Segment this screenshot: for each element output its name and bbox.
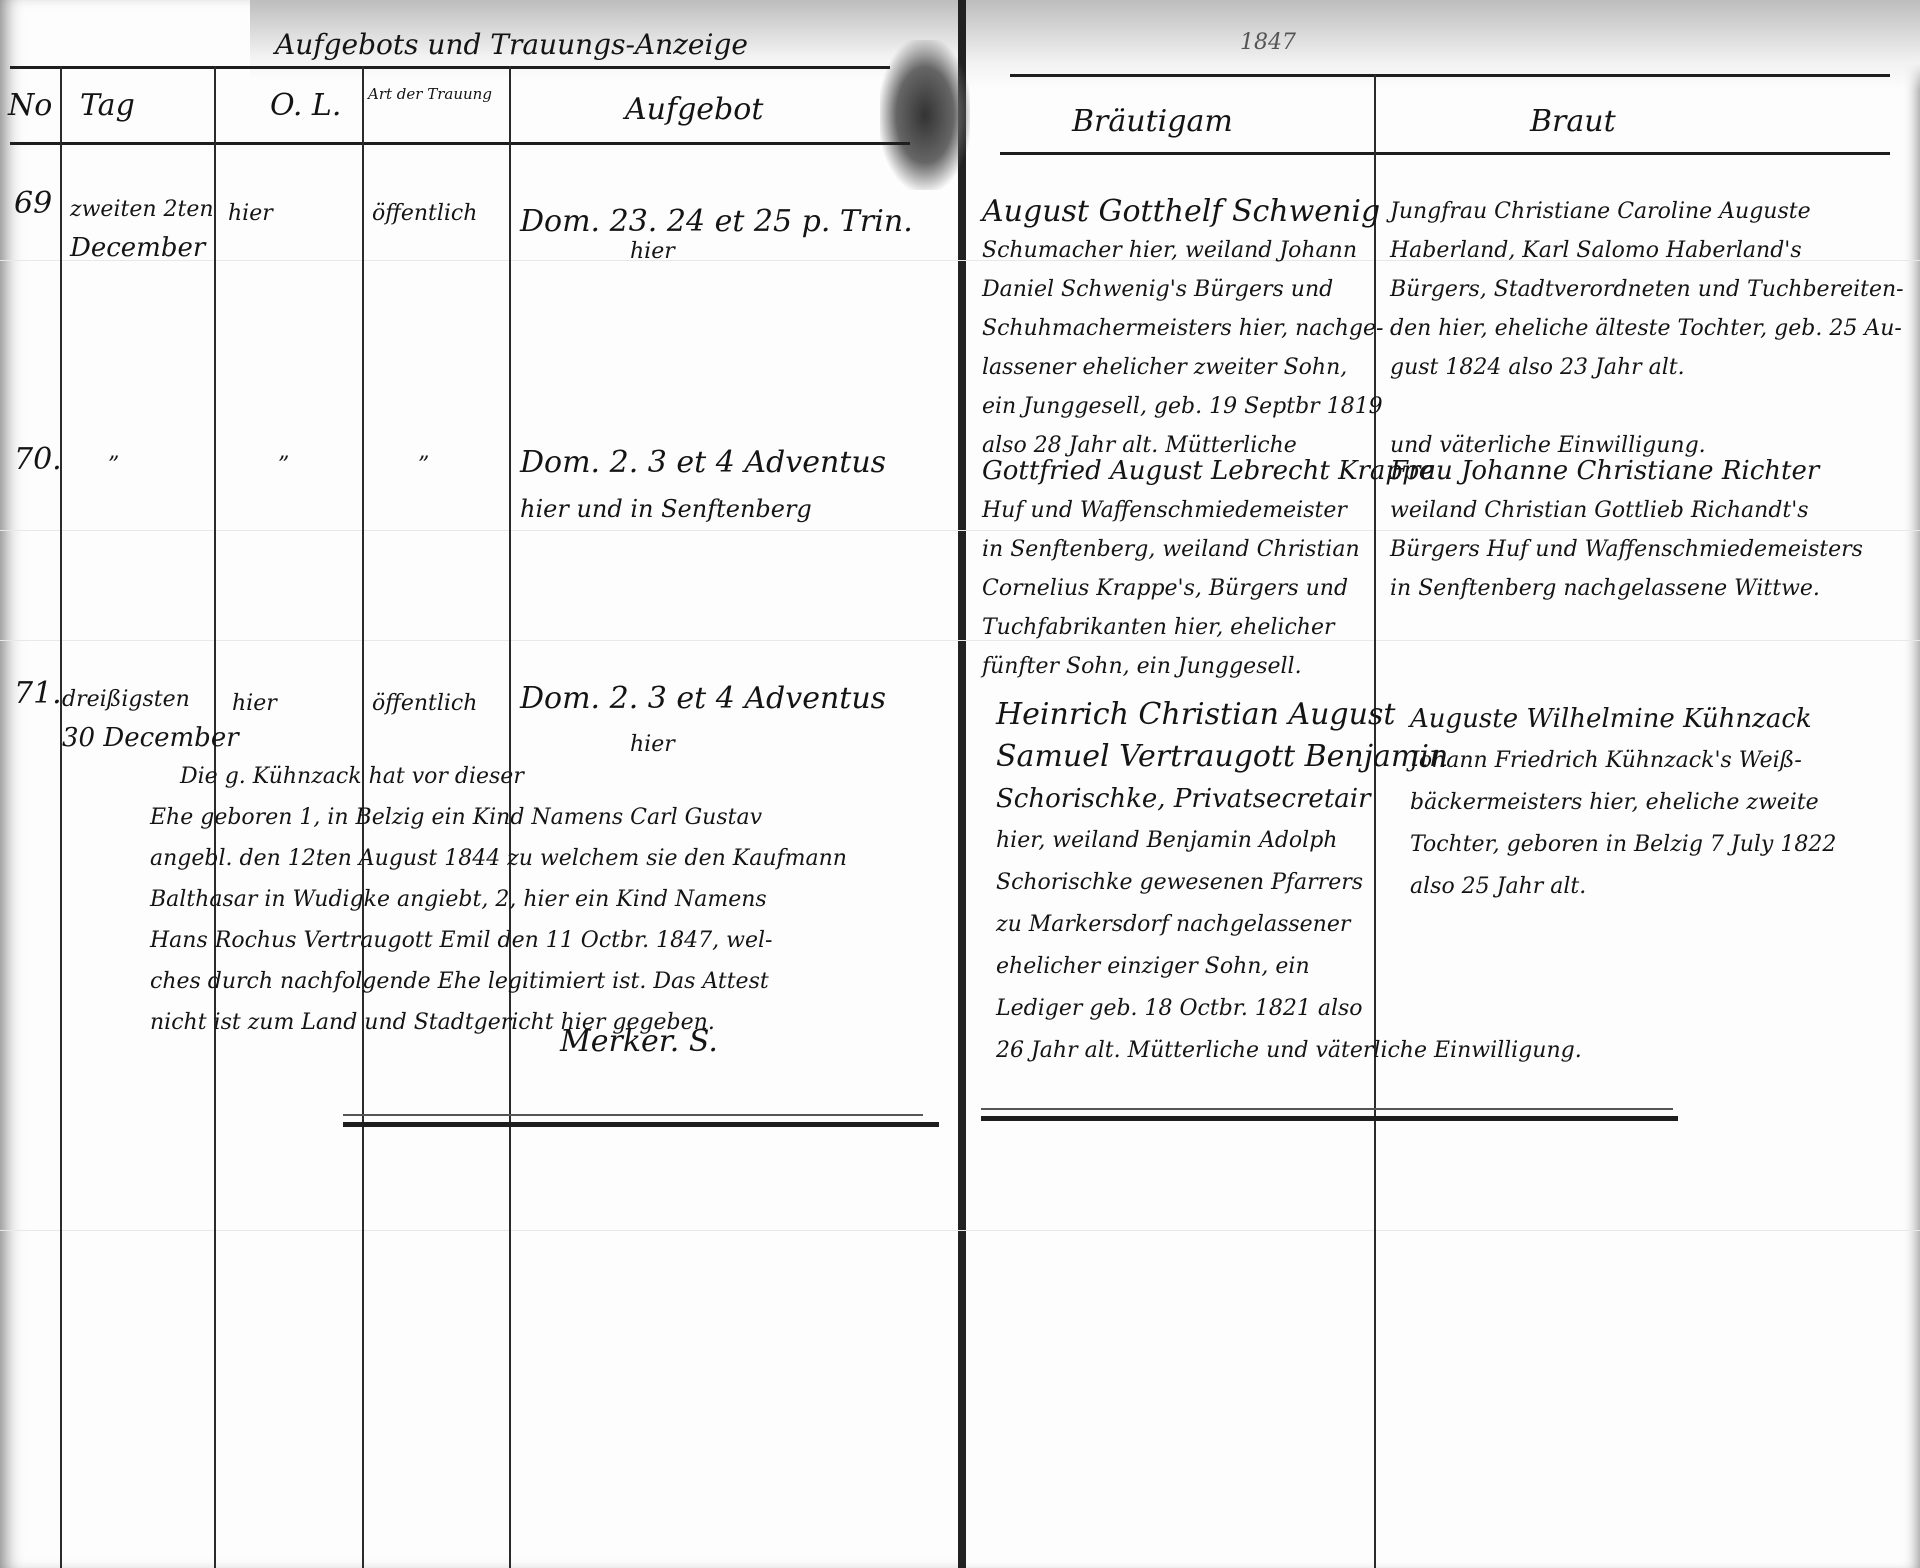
book-gutter bbox=[958, 0, 966, 1568]
entry-day: zweiten 2ten December bbox=[70, 190, 214, 268]
entry-type: ” bbox=[418, 446, 429, 485]
signature: Merker. S. bbox=[560, 1024, 718, 1059]
col-header-aufgebot: Aufgebot bbox=[625, 92, 763, 127]
header-bottom-rule bbox=[10, 142, 910, 145]
col-header-tag: Tag bbox=[80, 88, 135, 123]
entry-place: hier bbox=[232, 684, 277, 723]
entry-day: ” bbox=[108, 446, 119, 485]
col-header-ort: O. L. bbox=[270, 88, 341, 123]
entry-type: öffentlich bbox=[372, 194, 477, 233]
header-bottom-rule-right bbox=[1000, 152, 1890, 155]
entry-banns: Dom. 2. 3 et 4 Adventus hier bbox=[520, 676, 886, 768]
col-header-art: Art der Trauung bbox=[368, 84, 498, 104]
column-divider bbox=[60, 66, 62, 1568]
bride-details: Jungfrau Christiane Caroline Auguste Hab… bbox=[1390, 192, 1904, 465]
entry-number: 71. bbox=[14, 676, 62, 711]
entry-number: 69 bbox=[14, 186, 52, 221]
entry-place: ” bbox=[278, 446, 289, 485]
entry-day: dreißigsten 30 December bbox=[62, 680, 239, 758]
ink-stain bbox=[880, 40, 970, 190]
col-header-no: No bbox=[8, 88, 52, 123]
bride-details: Auguste Wilhelmine Kühnzack Johann Fried… bbox=[1410, 698, 1836, 908]
register-title: Aufgebots und Trauungs-Anzeige bbox=[275, 28, 748, 61]
entry-number: 70. bbox=[14, 442, 62, 477]
header-top-rule bbox=[10, 66, 890, 69]
header-top-rule-right bbox=[1010, 74, 1890, 77]
title-fragment: 1847 bbox=[1240, 30, 1296, 55]
marginal-note: Die g. Kühnzack hat vor dieser Ehe gebor… bbox=[150, 756, 847, 1043]
groom-details: August Gotthelf Schwenig Schumacher hier… bbox=[982, 192, 1383, 465]
bride-details: Frau Johanne Christiane Richter weiland … bbox=[1390, 452, 1863, 608]
groom-details: Gottfried August Lebrecht Krappe Huf und… bbox=[982, 452, 1434, 686]
col-header-braut: Braut bbox=[1530, 104, 1616, 139]
entry-banns: Dom. 23. 24 et 25 p. Trin. hier bbox=[520, 204, 913, 264]
entry-type: öffentlich bbox=[372, 684, 477, 723]
entry-place: hier bbox=[228, 194, 273, 233]
entry-banns: Dom. 2. 3 et 4 Adventus hier und in Senf… bbox=[520, 440, 886, 532]
col-header-braeutigam: Bräutigam bbox=[1072, 104, 1233, 139]
